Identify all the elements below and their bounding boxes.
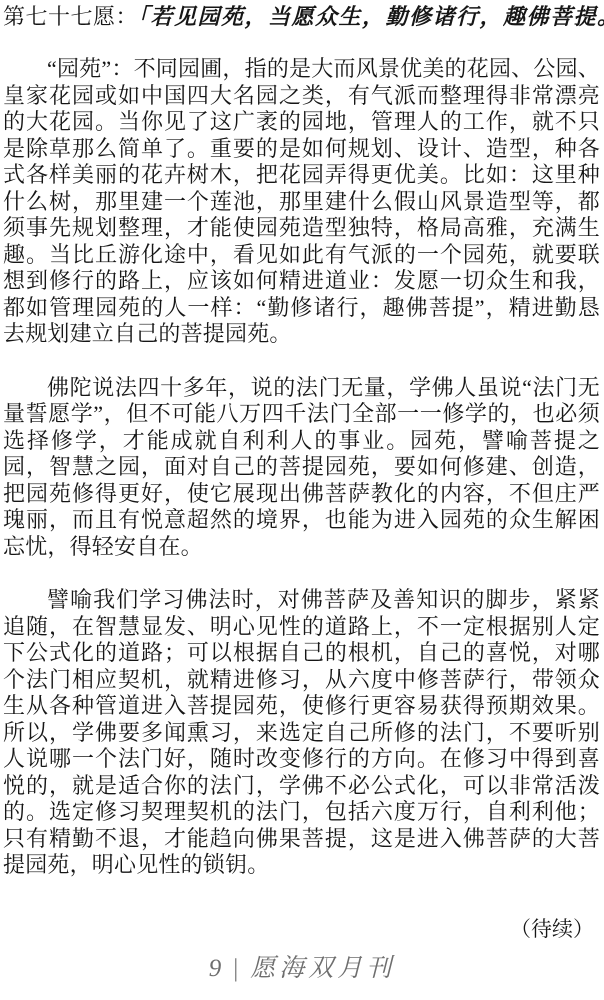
vow-title: 第七十七愿：「若见园苑，当愿众生，勤修诸行，趣佛菩提。」 [3,3,600,31]
paragraph-garden-definition: “园苑”：不同园圃，指的是大而风景优美的花园、公园、皇家花园或如中国四大名园之类… [3,56,600,348]
paragraph-practice-analogy: 譬喻我们学习佛法时，对佛菩萨及善知识的脚步，紧紧追随，在智慧显发、明心见性的道路… [3,587,600,879]
page-number: 9 [209,955,222,983]
to-be-continued-note: （待续） [3,913,594,943]
magazine-page: { "document": { "title": { "prefix": "第七… [0,0,604,1000]
vow-title-quote: 「若见园苑，当愿众生，勤修诸行，趣佛菩提。」 [138,4,604,29]
page-content: 第七十七愿：「若见园苑，当愿众生，勤修诸行，趣佛菩提。」 “园苑”：不同园圃，指… [0,0,604,943]
footer-separator: | [233,955,238,983]
vow-title-prefix: 第七十七愿： [3,4,138,29]
paragraph-dharma-doors: 佛陀说法四十多年，说的法门无量，学佛人虽说“法门无量誓愿学”，但不可能八万四千法… [3,375,600,561]
journal-title: 愿海双月刊 [250,948,395,984]
page-footer: 9|愿海双月刊 [0,948,604,984]
